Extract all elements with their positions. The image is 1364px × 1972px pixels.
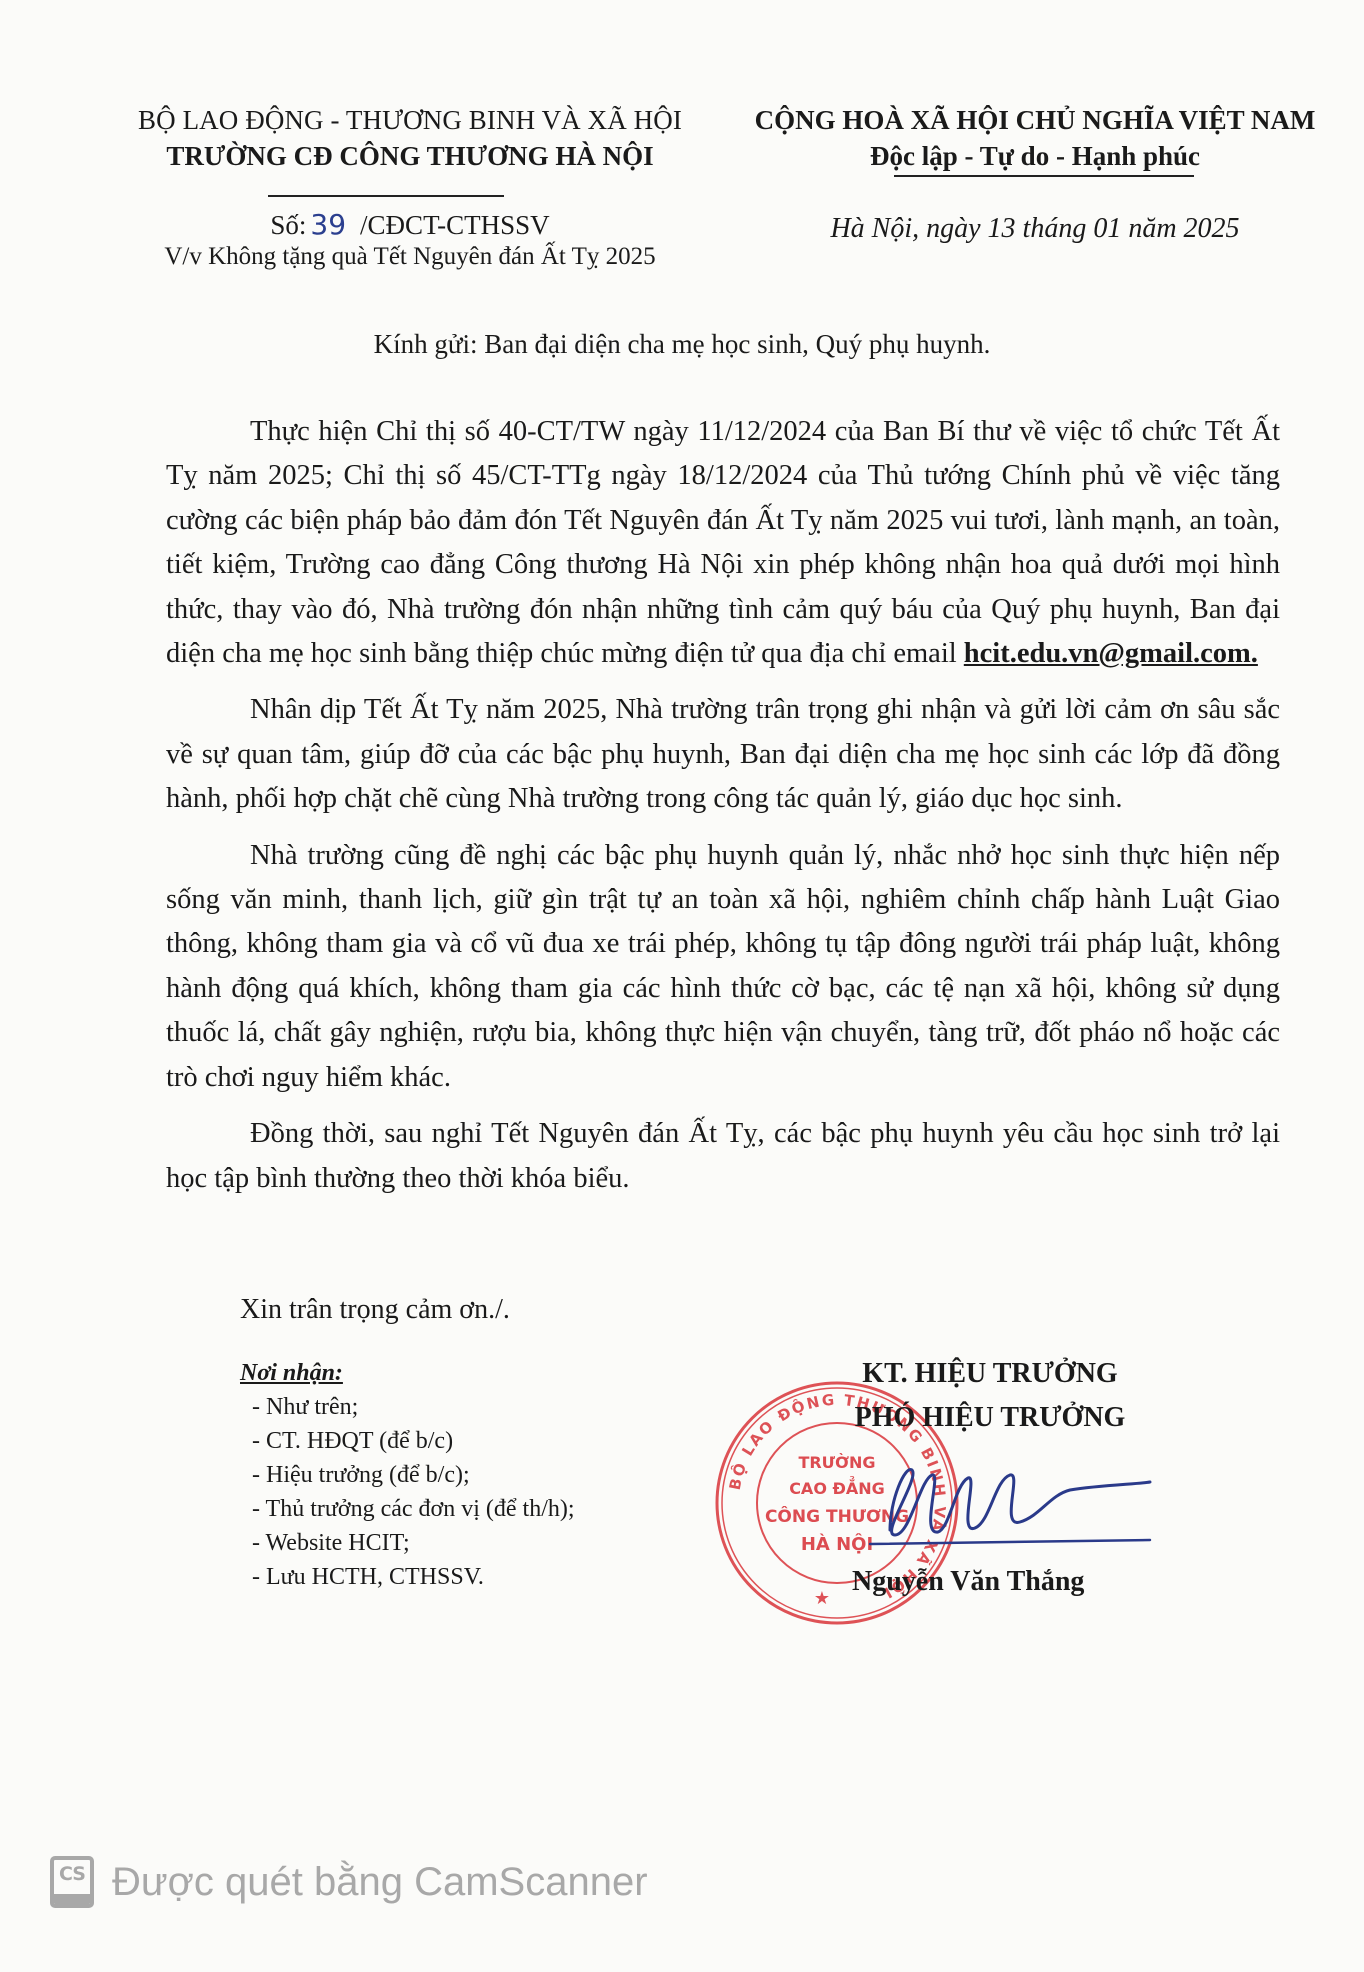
recipient-item: - Lưu HCTH, CTHSSV. [252, 1560, 575, 1594]
camscanner-icon-bar [54, 1894, 90, 1904]
document-number-value: 39 [310, 208, 346, 241]
salutation: Kính gửi: Ban đại diện cha mẹ học sinh, … [0, 326, 1364, 362]
ministry-name: BỘ LAO ĐỘNG - THƯƠNG BINH VÀ XÃ HỘI [100, 102, 720, 138]
motto-underline [894, 175, 1194, 177]
document-page: BỘ LAO ĐỘNG - THƯƠNG BINH VÀ XÃ HỘI TRƯỜ… [0, 0, 1364, 1972]
recipient-item: - Website HCIT; [252, 1526, 575, 1560]
paragraph-1-text: Thực hiện Chỉ thị số 40-CT/TW ngày 11/12… [166, 416, 1280, 669]
signer-name: Nguyễn Văn Thắng [852, 1564, 1084, 1600]
recipient-item: - Như trên; [252, 1390, 575, 1424]
handwritten-signature-icon [850, 1440, 1170, 1560]
signer-title-1: KT. HIỆU TRƯỞNG [780, 1352, 1200, 1396]
paragraph-1: Thực hiện Chỉ thị số 40-CT/TW ngày 11/12… [166, 410, 1280, 676]
recipient-item: - Thủ trưởng các đơn vị (để th/h); [252, 1492, 575, 1526]
email-link[interactable]: hcit.edu.vn@gmail.com. [964, 638, 1258, 669]
signature-block: KT. HIỆU TRƯỞNG PHÓ HIỆU TRƯỞNG [780, 1352, 1200, 1440]
letter-body: Thực hiện Chỉ thị số 40-CT/TW ngày 11/12… [166, 410, 1280, 1201]
closing-line: Xin trân trọng cảm ơn./. [240, 1292, 510, 1328]
document-number: Số:39/CĐCT-CTHSSV [100, 207, 720, 243]
document-number-prefix: Số: [270, 210, 306, 240]
paragraph-4: Đồng thời, sau nghỉ Tết Nguyên đán Ất Tỵ… [166, 1112, 1280, 1201]
signer-title-2: PHÓ HIỆU TRƯỞNG [780, 1396, 1200, 1440]
paragraph-3: Nhà trường cũng đề nghị các bậc phụ huyn… [166, 834, 1280, 1100]
recipients-block: Nơi nhận: - Như trên; - CT. HĐQT (để b/c… [240, 1356, 575, 1594]
document-number-suffix: /CĐCT-CTHSSV [360, 210, 550, 240]
recipient-item: - Hiệu trưởng (để b/c); [252, 1458, 575, 1492]
recipient-item: - CT. HĐQT (để b/c) [252, 1424, 575, 1458]
national-header: CỘNG HOÀ XÃ HỘI CHỦ NGHĨA VIỆT NAM Độc l… [730, 102, 1340, 174]
school-name: TRƯỜNG CĐ CÔNG THƯƠNG HÀ NỘI [100, 138, 720, 174]
camscanner-icon: CS [50, 1856, 94, 1908]
camscanner-watermark: CS Được quét bằng CamScanner [50, 1856, 648, 1908]
camscanner-icon-letters: CS [59, 1863, 85, 1885]
svg-text:★: ★ [814, 1588, 830, 1608]
national-motto: Độc lập - Tự do - Hạnh phúc [730, 138, 1340, 174]
camscanner-text: Được quét bằng CamScanner [112, 1860, 648, 1905]
header-divider [268, 195, 504, 197]
issuer-block: BỘ LAO ĐỘNG - THƯƠNG BINH VÀ XÃ HỘI TRƯỜ… [100, 102, 720, 174]
document-subject: V/v Không tặng quà Tết Nguyên đán Ất Tỵ … [100, 240, 720, 274]
recipients-title: Nơi nhận: [240, 1356, 575, 1390]
republic-name: CỘNG HOÀ XÃ HỘI CHỦ NGHĨA VIỆT NAM [730, 102, 1340, 138]
date-line: Hà Nội, ngày 13 tháng 01 năm 2025 [730, 211, 1340, 247]
recipients-list: - Như trên; - CT. HĐQT (để b/c) - Hiệu t… [240, 1390, 575, 1594]
paragraph-2: Nhân dịp Tết Ất Tỵ năm 2025, Nhà trường … [166, 688, 1280, 821]
